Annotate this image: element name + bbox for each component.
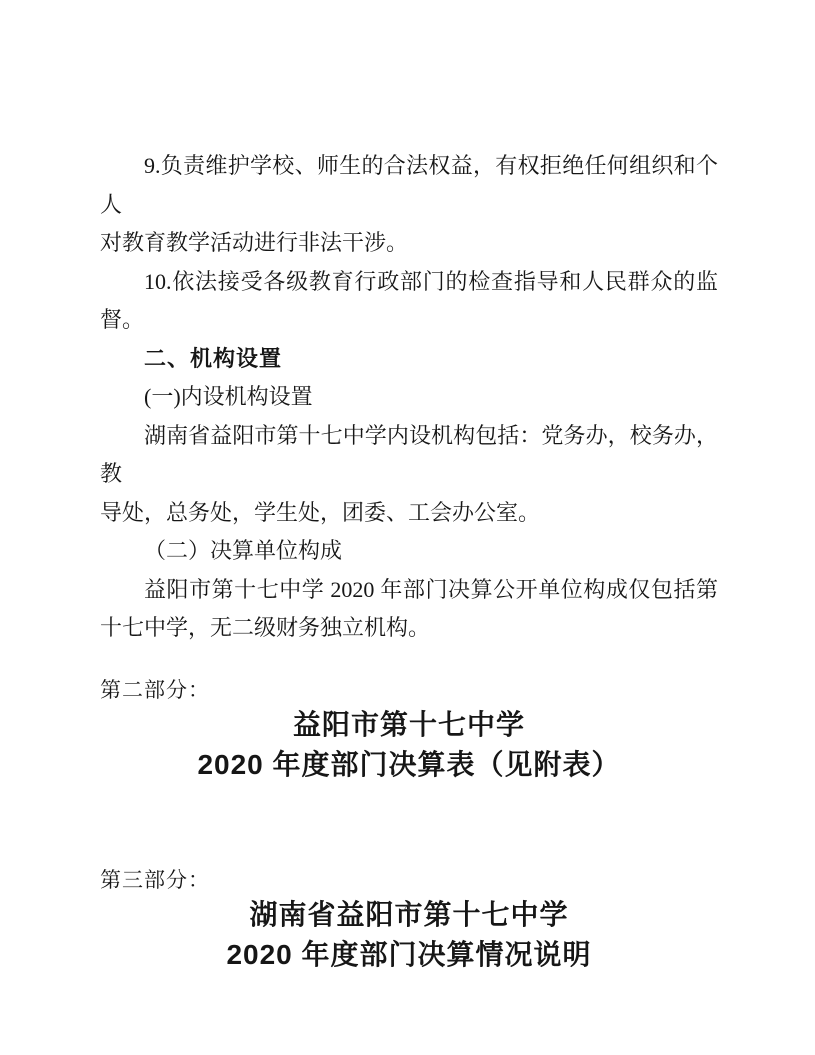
part-2-section: 第二部分： 益阳市第十七中学 2020 年度部门决算表（见附表）: [100, 677, 718, 785]
part-2-title-line-2: 2020 年度部门决算表（见附表）: [100, 745, 718, 785]
paragraph-line: 导处，总务处，学生处，团委、工会办公室。: [100, 494, 718, 533]
paragraph-line: 9.负责维护学校、师生的合法权益，有权拒绝任何组织和个人: [100, 147, 718, 224]
section-heading-organization: 二、机构设置: [100, 340, 718, 379]
page-number: 4: [0, 901, 815, 917]
part-2-title-line-1: 益阳市第十七中学: [100, 705, 718, 745]
paragraph-line: 督。: [100, 301, 718, 340]
document-page: 9.负责维护学校、师生的合法权益，有权拒绝任何组织和个人 对教育教学活动进行非法…: [0, 0, 815, 1055]
paragraph-line: (一)内设机构设置: [100, 378, 718, 417]
part-2-label: 第二部分：: [100, 677, 718, 705]
body-text: 9.负责维护学校、师生的合法权益，有权拒绝任何组织和个人 对教育教学活动进行非法…: [100, 147, 718, 648]
part-3-section: 第三部分： 湖南省益阳市第十七中学 2020 年度部门决算情况说明: [100, 867, 718, 975]
paragraph-line: （二）决算单位构成: [100, 532, 718, 571]
paragraph-line: 湖南省益阳市第十七中学内设机构包括：党务办，校务办，教: [100, 417, 718, 494]
page-content: 9.负责维护学校、师生的合法权益，有权拒绝任何组织和个人 对教育教学活动进行非法…: [100, 147, 718, 975]
paragraph-line: 益阳市第十七中学 2020 年部门决算公开单位构成仅包括第: [100, 571, 718, 610]
paragraph-line: 十七中学，无二级财务独立机构。: [100, 609, 718, 648]
paragraph-line: 10.依法接受各级教育行政部门的检查指导和人民群众的监: [100, 263, 718, 302]
paragraph-line: 对教育教学活动进行非法干涉。: [100, 224, 718, 263]
part-3-title-line-2: 2020 年度部门决算情况说明: [100, 935, 718, 975]
part-3-label: 第三部分：: [100, 867, 718, 895]
